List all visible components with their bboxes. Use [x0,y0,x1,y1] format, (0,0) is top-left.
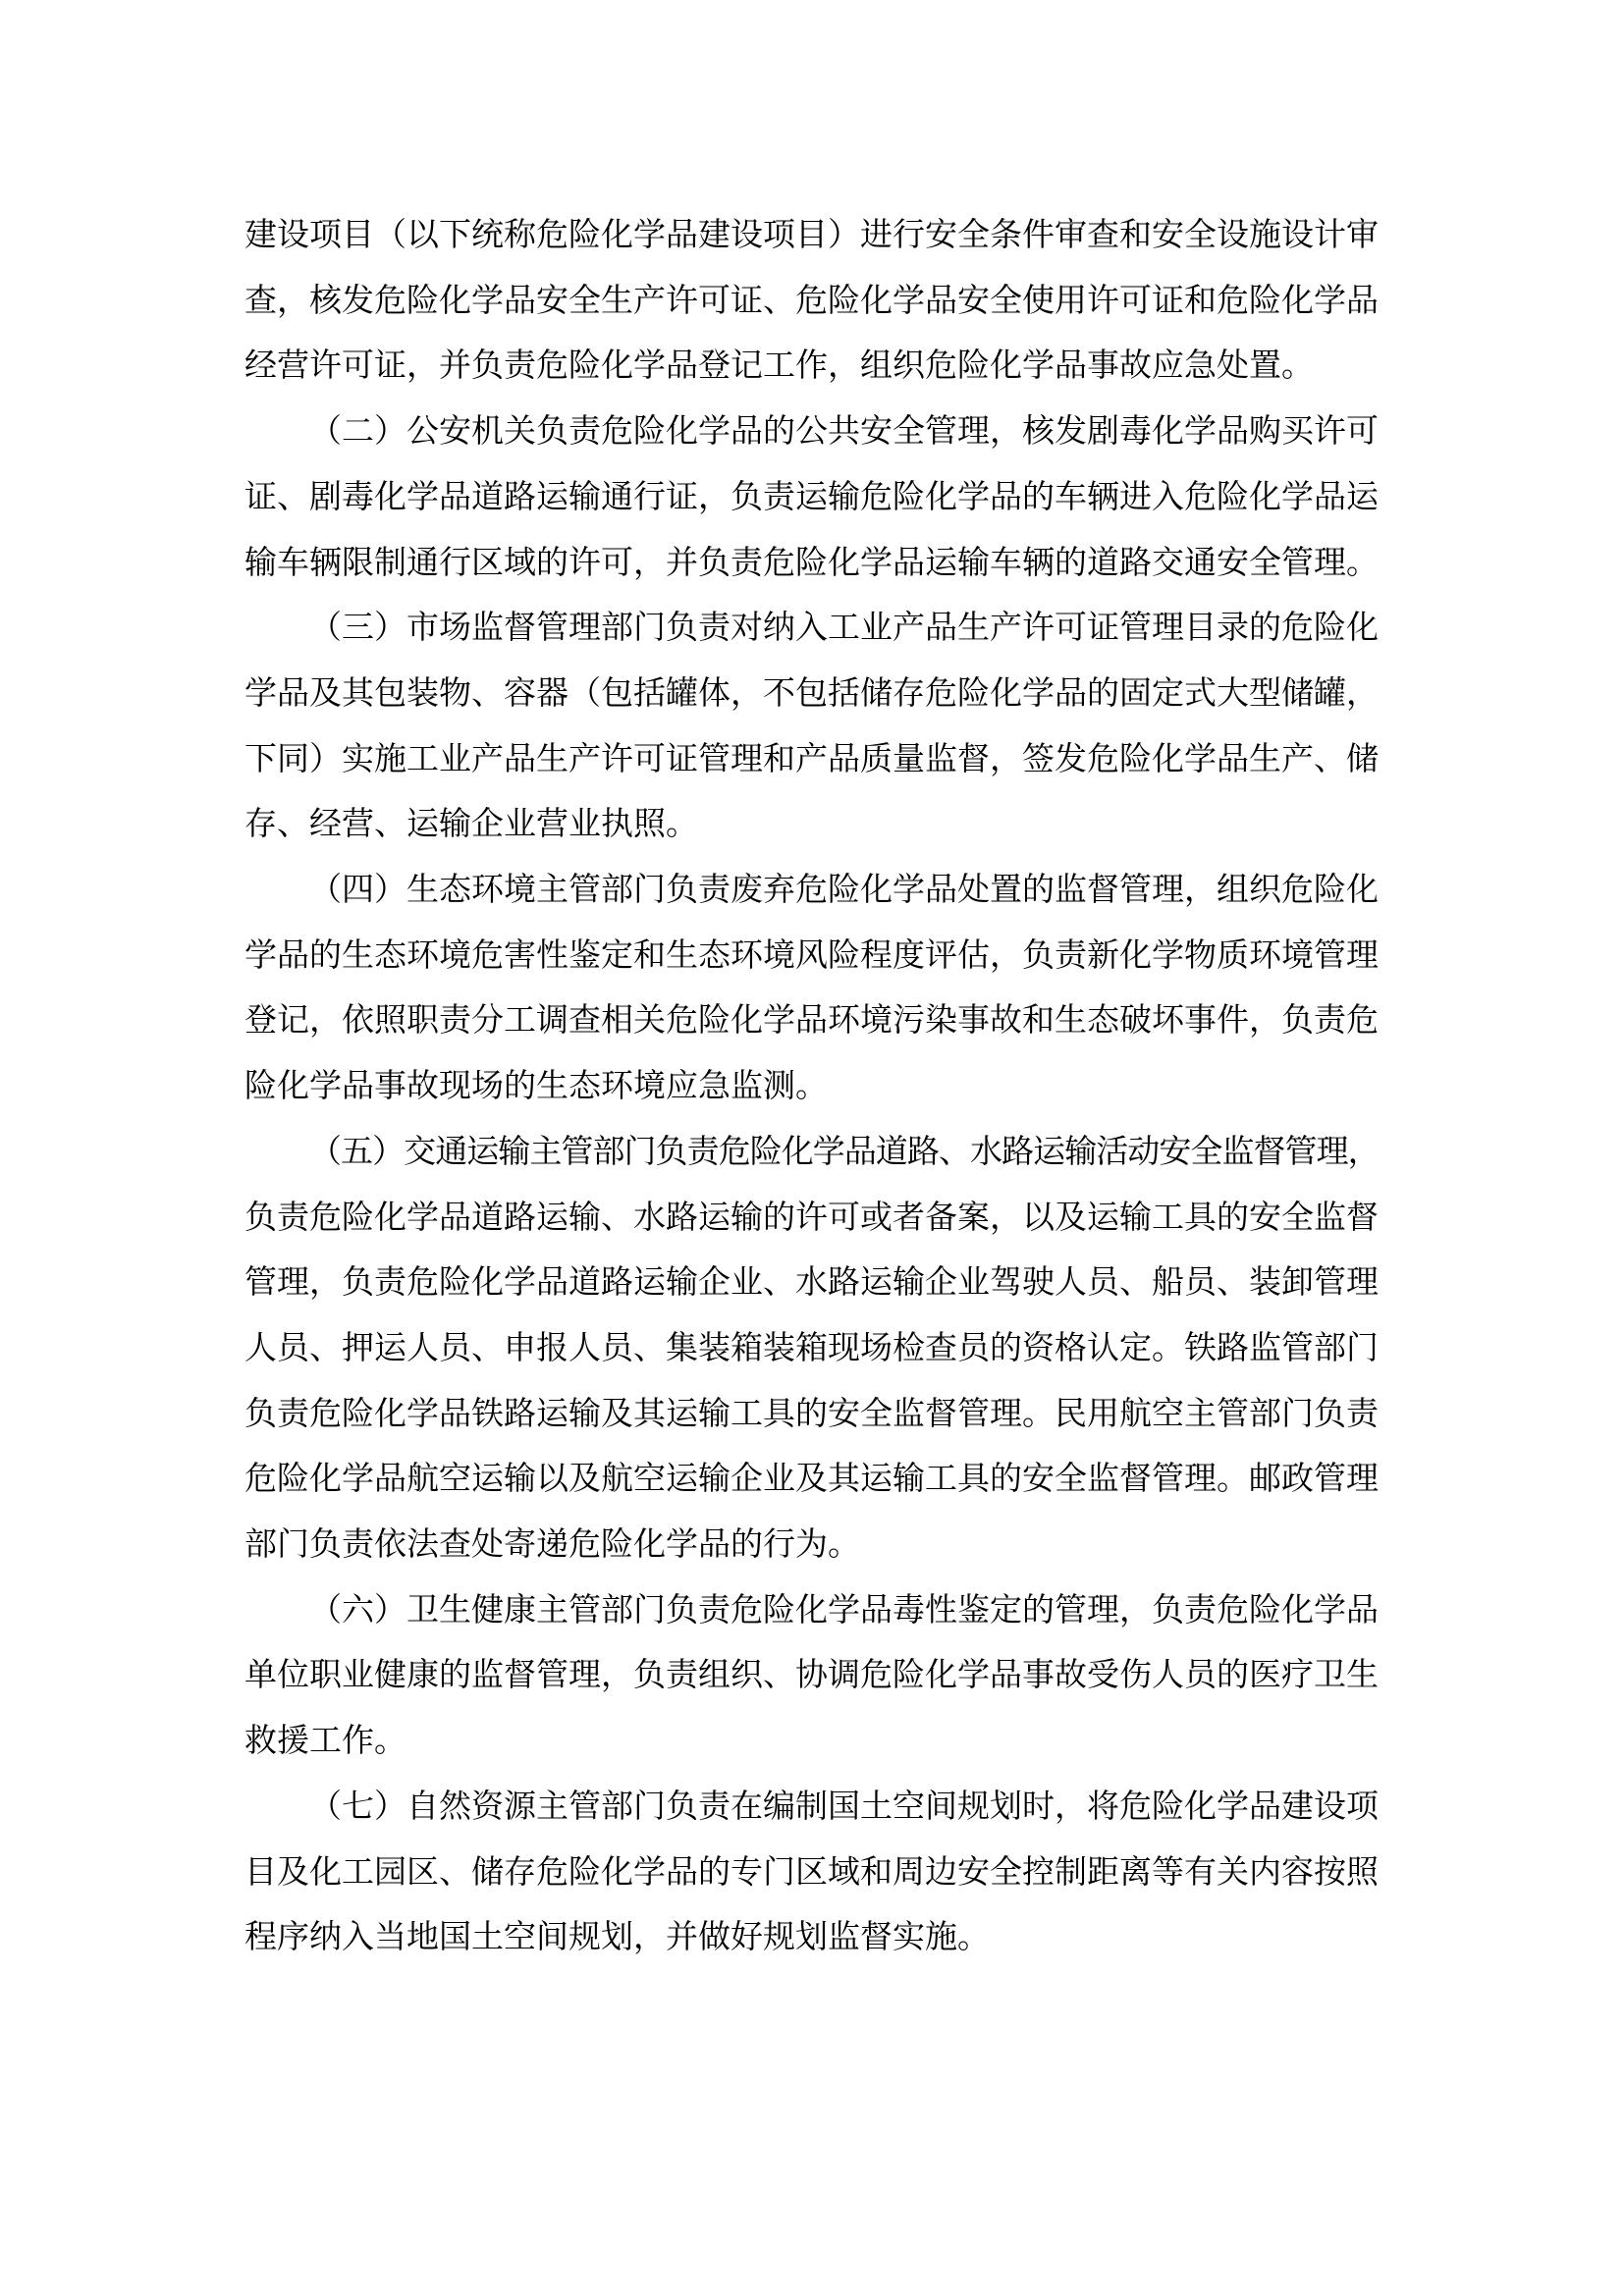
text-line: 程序纳入当地国土空间规划，并做好规划监督实施。 [244,1905,1379,1971]
text-line: （七）自然资源主管部门负责在编制国土空间规划时，将危险化学品建设项 [244,1775,1379,1841]
text-line: 建设项目（以下统称危险化学品建设项目）进行安全条件审查和安全设施设计审 [244,203,1379,269]
text-line: 部门负责依法查处寄递危险化学品的行为。 [244,1513,1379,1578]
text-line: 单位职业健康的监督管理，负责组织、协调危险化学品事故受伤人员的医疗卫生 [244,1643,1379,1709]
text-line: 经营许可证，并负责危险化学品登记工作，组织危险化学品事故应急处置。 [244,334,1379,400]
text-line: 查，核发危险化学品安全生产许可证、危险化学品安全使用许可证和危险化学品 [244,269,1379,335]
text-line: 危险化学品航空运输以及航空运输企业及其运输工具的安全监督管理。邮政管理 [244,1447,1379,1513]
text-line: （六）卫生健康主管部门负责危险化学品毒性鉴定的管理，负责危险化学品 [244,1578,1379,1644]
text-line: （二）公安机关负责危险化学品的公共安全管理，核发剧毒化学品购买许可 [244,400,1379,465]
text-line: 负责危险化学品铁路运输及其运输工具的安全监督管理。民用航空主管部门负责 [244,1382,1379,1448]
text-line: 险化学品事故现场的生态环境应急监测。 [244,1054,1379,1120]
text-line: 学品的生态环境危害性鉴定和生态环境风险程度评估，负责新化学物质环境管理 [244,924,1379,989]
text-line: 下同）实施工业产品生产许可证管理和产品质量监督，签发危险化学品生产、储 [244,727,1379,793]
text-line: 目及化工园区、储存危险化学品的专门区域和周边安全控制距离等有关内容按照 [244,1841,1379,1906]
text-line: 负责危险化学品道路运输、水路运输的许可或者备案，以及运输工具的安全监督 [244,1186,1379,1252]
text-line: （三）市场监督管理部门负责对纳入工业产品生产许可证管理目录的危险化 [244,596,1379,662]
document-page: 建设项目（以下统称危险化学品建设项目）进行安全条件审查和安全设施设计审查，核发危… [0,0,1624,2296]
text-line: 输车辆限制通行区域的许可，并负责危险化学品运输车辆的道路交通安全管理。 [244,531,1379,597]
text-line: （四）生态环境主管部门负责废弃危险化学品处置的监督管理，组织危险化 [244,858,1379,924]
text-line: 人员、押运人员、申报人员、集装箱装箱现场检查员的资格认定。铁路监管部门 [244,1316,1379,1382]
text-line: 登记，依照职责分工调查相关危险化学品环境污染事故和生态破坏事件，负责危 [244,988,1379,1054]
text-line: 管理，负责危险化学品道路运输企业、水路运输企业驾驶人员、船员、装卸管理 [244,1251,1379,1316]
text-line: 存、经营、运输企业营业执照。 [244,792,1379,858]
document-body: 建设项目（以下统称危险化学品建设项目）进行安全条件审查和安全设施设计审查，核发危… [244,203,1379,1971]
text-line: 学品及其包装物、容器（包括罐体，不包括储存危险化学品的固定式大型储罐， [244,662,1379,727]
text-line: （五）交通运输主管部门负责危险化学品道路、水路运输活动安全监督管理， [244,1120,1379,1186]
text-line: 证、剧毒化学品道路运输通行证，负责运输危险化学品的车辆进入危险化学品运 [244,465,1379,531]
text-line: 救援工作。 [244,1709,1379,1775]
